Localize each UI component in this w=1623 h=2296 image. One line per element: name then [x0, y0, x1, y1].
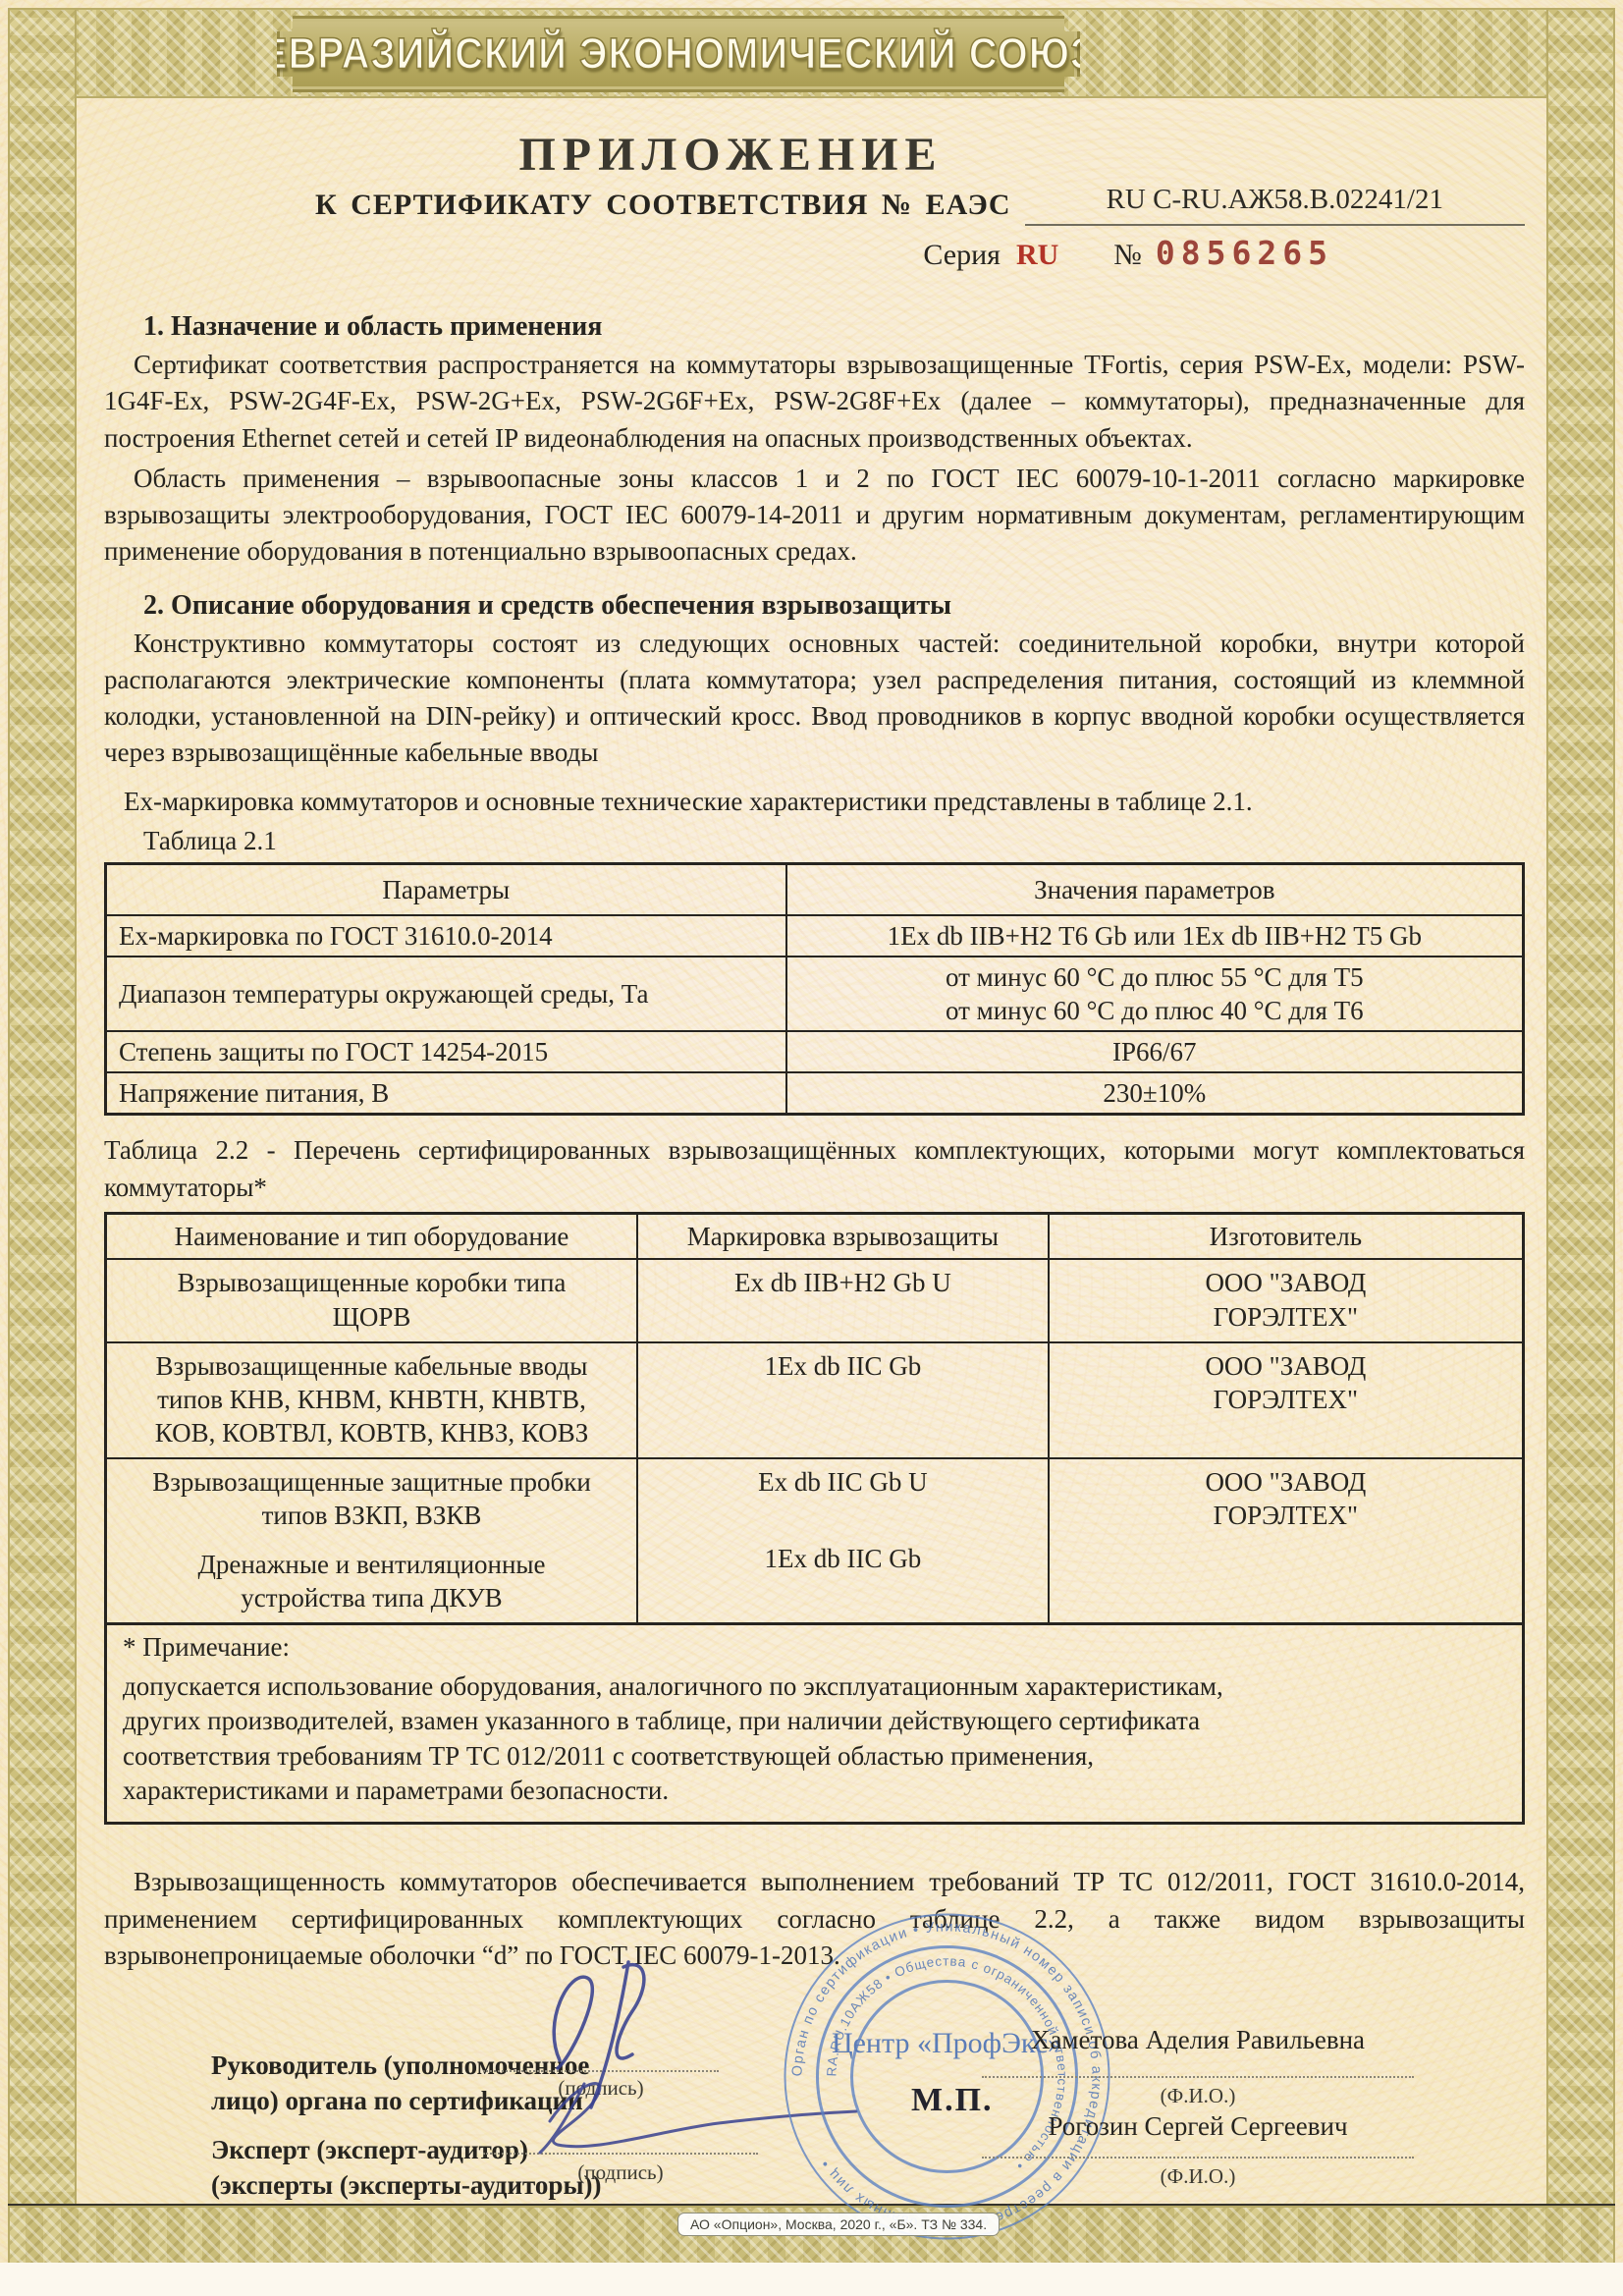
table-2-1-value-1: от минус 60 °С до плюс 55 °С для Т5 от м…	[786, 957, 1524, 1031]
frame-right-ornament	[1546, 8, 1615, 2263]
table-row: Диапазон температуры окружающей среды, Т…	[106, 957, 1524, 1031]
table22-caption: Таблица 2.2 - Перечень сертифицированных…	[104, 1131, 1525, 1207]
table-2-1-param-0: Ех-маркировка по ГОСТ 31610.0-2014	[106, 915, 786, 957]
table-2-2-row2-name: Взрывозащищенные кабельные вводы типов К…	[106, 1342, 638, 1458]
stamp-place-label: М.П.	[911, 2082, 994, 2119]
table-2-1-header-params: Параметры	[106, 863, 786, 915]
table-2-2-row1-manufacturer: ООО "ЗАВОД ГОРЭЛТЕХ"	[1049, 1259, 1524, 1341]
section1-paragraph2: Область применения – взрывоопасные зоны …	[104, 461, 1525, 571]
eaeu-banner-text: ЕВРАЗИЙСКИЙ ЭКОНОМИЧЕСКИЙ СОЮЗ	[261, 29, 1096, 79]
table21-caption: Таблица 2.1	[104, 826, 1525, 856]
table-2-2-header-row: Наименование и тип оборудование Маркиров…	[106, 1214, 1524, 1260]
certificate-page: ЕВРАЗИЙСКИЙ ЭКОНОМИЧЕСКИЙ СОЮЗ ПРИЛОЖЕНИ…	[0, 0, 1623, 2296]
certificate-subtitle-row: К СЕРТИФИКАТУ СООТВЕТСТВИЯ № ЕАЭС RU C-R…	[104, 184, 1525, 226]
table-2-2-header-name: Наименование и тип оборудование	[106, 1214, 638, 1260]
table-2-1-param-1: Диапазон температуры окружающей среды, Т…	[106, 957, 786, 1031]
fio-caption-2: (Ф.И.О.)	[982, 2164, 1414, 2189]
table-2-2-row3-marking-bottom: 1Ex db IIC Gb	[650, 1542, 1036, 1575]
signer-name-1: Хаметова Аделия Равильевна	[982, 2025, 1414, 2055]
table-2-2-row1-name: Взрывозащищенные коробки типа ЩОРВ	[106, 1259, 638, 1341]
table-2-1-header-values: Значения параметров	[786, 863, 1524, 915]
table-2-2-row1-marking: Ex db IIB+H2 Gb U	[637, 1259, 1049, 1341]
section1-paragraph1: Сертификат соответствия распространяется…	[104, 347, 1525, 457]
table21-intro: Ех-маркировка коммутаторов и основные те…	[104, 784, 1525, 820]
table-2-2-header-marking: Маркировка взрывозащиты	[637, 1214, 1049, 1260]
table-2-1-value-3: 230±10%	[786, 1072, 1524, 1115]
table-2-2-row3-manufacturer: ООО "ЗАВОД ГОРЭЛТЕХ"	[1049, 1458, 1524, 1624]
eaeu-banner: ЕВРАЗИЙСКИЙ ЭКОНОМИЧЕСКИЙ СОЮЗ	[277, 16, 1080, 92]
table-2-1: Параметры Значения параметров Ех-маркиро…	[104, 862, 1525, 1116]
number-sign: №	[1113, 239, 1142, 271]
table-2-1-param-2: Степень защиты по ГОСТ 14254-2015	[106, 1031, 786, 1072]
table-2-2-row3-name-top: Взрывозащищенные защитные пробки типов В…	[119, 1465, 624, 1532]
table-row: Взрывозащищенные коробки типа ЩОРВ Ex db…	[106, 1259, 1524, 1341]
table-2-2-header-manufacturer: Изготовитель	[1049, 1214, 1524, 1260]
printer-imprint: АО «Опцион», Москва, 2020 г., «Б». ТЗ № …	[677, 2213, 1000, 2236]
section2-paragraph1: Конструктивно коммутаторы состоят из сле…	[104, 626, 1525, 772]
note-title: * Примечание:	[123, 1631, 1506, 1665]
form-number: 0856265	[1156, 234, 1333, 272]
fio-caption-1: (Ф.И.О.)	[982, 2084, 1414, 2108]
table-row: Ех-маркировка по ГОСТ 31610.0-2014 1Ex d…	[106, 915, 1524, 957]
series-row: СерияRU№0856265	[104, 234, 1525, 272]
table-2-2-row3-marking: Ex db IIC Gb U 1Ex db IIC Gb	[637, 1458, 1049, 1624]
table-2-1-header-row: Параметры Значения параметров	[106, 863, 1524, 915]
table-2-1-param-3: Напряжение питания, В	[106, 1072, 786, 1115]
certificate-number: RU C-RU.АЖ58.В.02241/21	[1025, 184, 1525, 226]
series-value: RU	[1016, 239, 1058, 271]
table-2-2: Наименование и тип оборудование Маркиров…	[104, 1212, 1525, 1624]
table-2-2-row2-manufacturer: ООО "ЗАВОД ГОРЭЛТЕХ"	[1049, 1342, 1524, 1458]
table-2-2-row3-marking-top: Ex db IIC Gb U	[650, 1465, 1036, 1499]
series-label: Серия	[923, 239, 1001, 271]
note-text: допускается использование оборудования, …	[123, 1669, 1506, 1807]
name-line-2	[982, 2157, 1414, 2159]
document-content: ПРИЛОЖЕНИЕ К СЕРТИФИКАТУ СООТВЕТСТВИЯ № …	[104, 94, 1525, 1975]
table-2-1-value-0: 1Ex db IIB+H2 T6 Gb или 1Ex db IIB+H2 T5…	[786, 915, 1524, 957]
table-row: Напряжение питания, В 230±10%	[106, 1072, 1524, 1115]
section1-heading: 1. Назначение и область применения	[104, 311, 1525, 343]
table-row: Взрывозащищенные кабельные вводы типов К…	[106, 1342, 1524, 1458]
certificate-subtitle: К СЕРТИФИКАТУ СООТВЕТСТВИЯ № ЕАЭС	[315, 189, 1011, 226]
signature-caption-2: (подпись)	[483, 2160, 758, 2185]
page-title: ПРИЛОЖЕНИЕ	[104, 128, 1525, 182]
note-box: * Примечание: допускается использование …	[104, 1622, 1525, 1825]
section2-heading: 2. Описание оборудования и средств обесп…	[104, 590, 1525, 622]
frame-left-ornament	[8, 8, 77, 2263]
name-line-1	[982, 2076, 1414, 2078]
table-row: Взрывозащищенные защитные пробки типов В…	[106, 1458, 1524, 1624]
table-row: Степень защиты по ГОСТ 14254-2015 IP66/6…	[106, 1031, 1524, 1072]
table-2-2-row3-name-bottom: Дренажные и вентиляционные устройства ти…	[119, 1548, 624, 1614]
page-bottom-margin	[0, 2263, 1623, 2296]
table-2-1-value-2: IP66/67	[786, 1031, 1524, 1072]
signer-name-2: Рогозин Сергей Сергеевич	[982, 2111, 1414, 2142]
table-2-2-row3-name: Взрывозащищенные защитные пробки типов В…	[106, 1458, 638, 1624]
table-2-2-row2-marking: 1Ex db IIC Gb	[637, 1342, 1049, 1458]
